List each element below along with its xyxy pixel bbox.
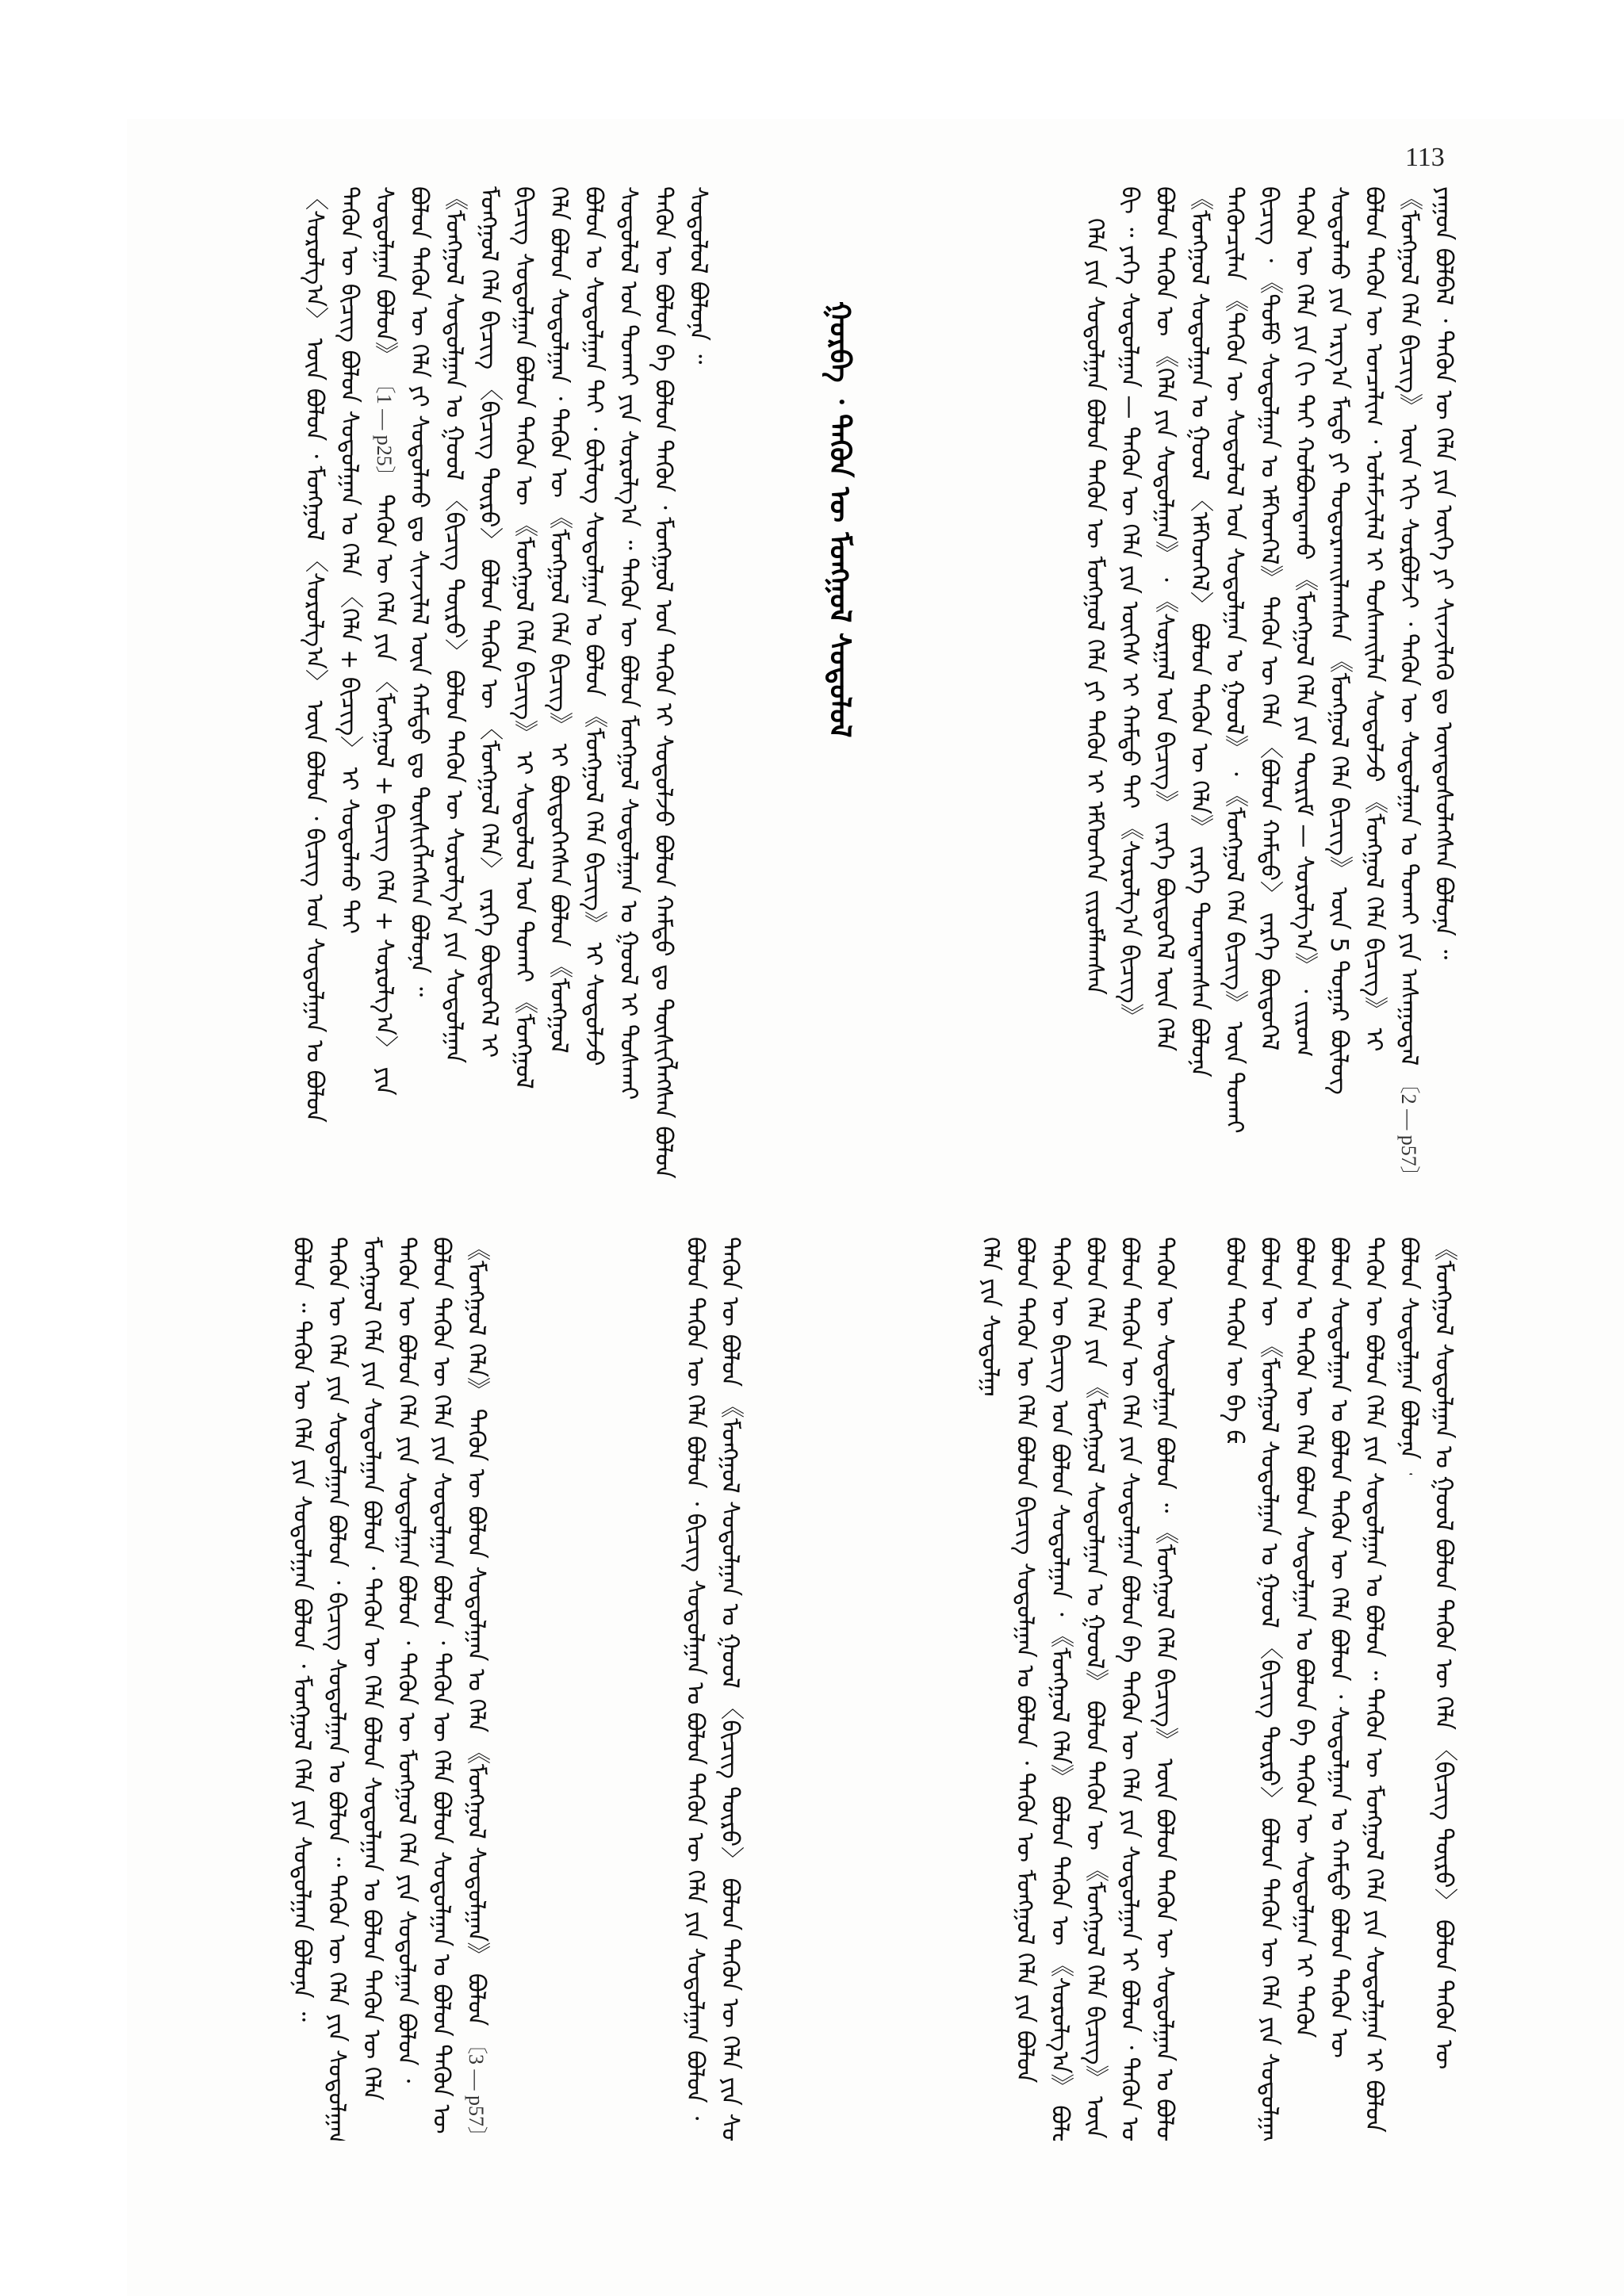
text-column: ᠪᠢᠴᠢᠭ ᠰᠤᠳᠤᠯᠭᠠᠨ ᠪᠣᠯᠤᠨ ᠲᠡᠭᠦᠨ ᠦ 《ᠮᠣᠩᠭᠣᠯ ᠬᠡᠯ…: [507, 186, 539, 1205]
text-column: ᠲᠡᠭᠦᠨ ᠦ ᠪᠣᠯᠤᠨ ᠬᠡᠯᠡ ᠶᠢᠨ ᠰᠤᠳᠤᠯᠭᠠᠨ ᠪᠣᠯᠤᠨ ᠂ …: [390, 1237, 422, 2141]
text-column: ᠲᠡᠭᠦᠨ ᠦ ᠰᠤᠳᠤᠯᠭᠠᠨ ᠪᠣᠯᠤᠨ ᠃ 《ᠮᠣᠩᠭᠣᠯ ᠬᠡᠯᠡ ᠪᠢ…: [1148, 1237, 1180, 2141]
citation: 〔1 — p25〕: [373, 373, 396, 487]
text-column: ᠲᠡᠭᠦᠨ ᠦ ᠪᠢᠴᠢᠭ ᠤᠨ ᠪᠣᠯᠤᠨ ᠰᠤᠳᠤᠯᠭᠠᠨ ᠂ 《ᠮᠣᠩᠭᠣ…: [1044, 1237, 1075, 2141]
text-column: ᠬᠡᠯᠡ ᠶᠢᠨ ᠰᠤᠳᠤᠯᠭᠠᠨ ᠃: [974, 1237, 1005, 1395]
text-column: 《ᠮᠣᠩᠭᠣᠯ ᠬᠡᠯᠡ》 ᠲᠡᠭᠦᠨ ᠦ ᠪᠣᠯᠤᠨ ᠰᠤᠳᠤᠯᠭᠠᠨ ᠤ ᠬ…: [460, 1237, 492, 2141]
text-column: ᠪᠣᠯᠤᠨ ᠰᠤᠳᠤᠯᠭᠠᠨ ᠤ ᠪᠣᠯᠤᠨ ᠲᠡᠭᠦᠨ ᠦ ᠬᠡᠯᠡ ᠪᠣᠯᠤ…: [1323, 1237, 1354, 2141]
text-column: ᠪᠣᠯᠤᠨ ᠤ ᠲᠡᠭᠦᠨ ᠦ ᠬᠡᠯᠡ ᠪᠣᠯᠤᠨ ᠰᠤᠳᠤᠯᠭᠠᠨ ᠤ ᠪᠣ…: [1288, 1237, 1319, 2141]
text-column: ᠲᠡᠭᠦᠨ ᠦ ᠬᠡᠯᠡ ᠶᠢᠨ ᠬᠢ ᠲᠠᠢ ᠬᠣᠯᠪᠣᠭᠳᠠᠬᠤ 《ᠮᠣᠩᠭ…: [1288, 186, 1319, 1205]
text-column: ᠪᠣᠯᠤᠨ ᠲᠡᠭᠦᠨ ᠦ ᠬᠡᠯᠡ ᠪᠣᠯᠤᠨ ᠂ ᠪᠢᠴᠢᠭ ᠰᠤᠳᠤᠯᠭᠠ…: [679, 1237, 710, 2141]
text-column: ᠪᠣᠯᠤᠨ ᠲᠡᠭᠦᠨ ᠦ ᠬᠡᠯᠡ ᠶᠢᠨ ᠰᠤᠳᠤᠯᠭᠠᠨ ᠪᠣᠯᠤᠨ ᠪᠠ…: [1113, 1237, 1145, 2141]
text-column: ᠲᠡᠭᠦᠨ ᠦ ᠪᠣᠯᠤᠨ ᠬᠡᠯᠡ ᠶᠢᠨ ᠰᠤᠳᠤᠯᠭᠠᠨ ᠤ ᠪᠣᠯᠤᠨ …: [1358, 1237, 1389, 2141]
text-column: ᠬᠡᠯᠡ ᠪᠣᠯᠤᠨ ᠰᠤᠳᠤᠯᠭᠠᠨ ᠂ ᠲᠡᠭᠦᠨ ᠦ 《ᠮᠣᠩᠭᠣᠯ ᠬᠡ…: [542, 186, 574, 1205]
text-column: ᠲᠡᠭᠦᠨᠴᠢᠯᠡᠨ 《ᠲᠡᠭᠦᠨ ᠦ ᠰᠤᠳᠤᠯᠤᠯ ᠤᠨ ᠰᠤᠳᠤᠯᠭᠠᠨ …: [1218, 186, 1250, 1205]
citation: 〔3 — p57〕: [465, 2034, 488, 2141]
text-column: ᠪᠣᠯᠤᠨ ᠲᠡᠭᠦᠨ ᠦ ᠬᠡᠯᠡ ᠶᠢ ᠰᠤᠳᠤᠯᠬᠤ ᠳᠤ ᠰᠢᠨᠵᠢᠯᠡ…: [403, 186, 435, 1205]
section-heading: ᠭᠤᠷᠪᠠ ᠂ ᠲᠡᠭᠦᠨ ᠦ ᠮᠣᠩᠭᠣᠯ ᠰᠤᠳᠤᠯᠤᠯ: [821, 301, 857, 737]
citation: 〔2 — p57〕: [1397, 1073, 1420, 1187]
text-column: ᠬᠡᠯᠡ ᠶᠢᠨ ᠰᠤᠳᠤᠯᠭᠠᠨ ᠪᠣᠯᠤᠨ ᠲᠡᠭᠦᠨ ᠦ ᠮᠣᠩᠭᠣᠯ ᠬ…: [1078, 218, 1110, 1169]
text-column: 《ᠮᠣᠩᠭᠣᠯ ᠰᠤᠳᠤᠯᠭᠠᠨ ᠤ ᠭᠣᠣᠯ 〈ᠪᠢᠴᠢᠭ ᠲᠦᠷᠦ〉 ᠪᠣᠯ…: [438, 186, 469, 1205]
text-column: ᠪᠣᠯᠤᠨ ᠲᠡᠭᠦᠨ ᠦ ᠬᠡᠯᠡ ᠶᠢᠨ ᠰᠤᠳᠤᠯᠭᠠᠨ ᠪᠣᠯᠤᠨ ᠂ …: [425, 1237, 457, 2141]
text-column: ᠰᠤᠳᠤᠯᠭᠠᠨ ᠪᠣᠯᠤᠨ》 〔1 — p25〕 ᠲᠡᠭᠦᠨ ᠦ ᠬᠡᠯᠡ ᠶ…: [368, 186, 400, 1205]
text-column: ᠪᠣᠯᠤᠨ ᠲᠡᠭᠦᠨ ᠦ ᠪᠠ ᠪᠣᠯᠤᠨ ᠃: [1218, 1237, 1250, 1443]
text-column: ᠰᠤᠳᠤᠯᠤᠯ ᠪᠣᠯᠤᠨᠠ ᠃: [682, 186, 714, 503]
text-column: ᠪᠣᠯᠤᠨ ᠲᠡᠭᠦᠨ ᠦ ᠬᠡᠯᠡ ᠪᠣᠯᠤᠨ ᠪᠢᠴᠢᠭ ᠰᠤᠳᠤᠯᠭᠠᠨ …: [1009, 1237, 1040, 2141]
page-number: 113: [1405, 143, 1445, 173]
text-column: ᠲᠡᠭᠦᠨ ᠦ ᠪᠢᠴᠢᠭ ᠪᠣᠯᠤᠨ ᠰᠤᠳᠤᠯᠭᠠᠨ ᠤ ᠬᠡᠯᠡ 〈ᠬᠡᠯ…: [333, 186, 365, 1205]
text-column: ᠪᠣᠯᠤᠨ ᠃ ᠲᠡᠭᠦᠨ ᠦ ᠬᠡᠯᠡ ᠶᠢᠨ ᠰᠤᠳᠤᠯᠭᠠᠨ ᠪᠣᠯᠤᠨ …: [285, 1237, 317, 2141]
text-column: ᠲᠡᠭᠦᠨ ᠦ ᠪᠣᠯᠤᠨ 《ᠮᠣᠩᠭᠣᠯ ᠰᠤᠳᠤᠯᠭᠠᠨ ᠤ ᠭᠣᠣᠯ 〈ᠪ…: [714, 1237, 745, 2141]
text-column: ᠪᠢ ᠃ ᠶᠡᠬᠡ ᠰᠤᠳᠤᠯᠭᠠᠨ — ᠲᠡᠭᠦᠨ ᠦ ᠬᠡᠯᠡ ᠶᠢᠨ ᠦᠭ…: [1113, 186, 1145, 1205]
text-column: 《ᠮᠣᠩᠭᠣᠯ ᠰᠤᠳᠤᠯᠭᠠᠨ ᠤ ᠭᠣᠣᠯ 〈ᠡᠮᠬᠡᠳᠭᠡᠯ〉 ᠪᠣᠯᠤᠨ…: [1183, 186, 1215, 1205]
text-column: ᠪᠣᠯᠤᠨ ᠲᠡᠭᠦᠨ ᠦ 《ᠬᠡᠯᠡ ᠶᠢᠨ ᠰᠤᠳᠤᠯᠭᠠᠨ》 ᠂ 《ᠰᠤᠷ…: [1148, 186, 1180, 1205]
text-column: ᠰᠤᠳᠤᠯᠤᠯ ᠤᠨ ᠲᠤᠬᠠᠢ ᠶᠢᠨ ᠰᠤᠷᠤᠯᠭ᠎ᠠ ᠃ ᠲᠡᠭᠦᠨ ᠦ …: [612, 186, 644, 1205]
text-column: ᠪᠣᠯᠤᠨ ᠲᠡᠭᠦᠨ ᠦ ᠣᠨᠴᠠᠯᠢᠭ ᠂ ᠤᠯᠠᠮᠵᠢᠯᠠᠯ ᠢ ᠲᠤᠰᠬ…: [1358, 186, 1389, 1205]
text-column: ᠶᠠᠭᠤᠨ ᠪᠣᠯᠪᠠᠯ ᠂ ᠲᠡᠭᠦᠨ ᠦ ᠬᠡᠯᠡ ᠶᠢᠨ ᠦᠭᠡ ᠶᠢ ᠰ…: [1427, 186, 1459, 1205]
text-column: ᠪᠢᠴᠢᠭ᠌ ᠂ 《ᠲᠣᠮᠣ ᠰᠤᠳᠤᠯᠭᠠᠨ ᠤ ᠡᠮᠬᠡᠳᠭᠡᠯ》 ᠲᠡᠭᠦ…: [1253, 186, 1285, 1205]
text-column: ᠪᠣᠯᠤᠨ ᠦ 《ᠮᠣᠩᠭᠣᠯ ᠰᠤᠳᠤᠯᠭᠠᠨ ᠤ ᠭᠣᠣᠯ 〈ᠪᠢᠴᠢᠭ ᠲ…: [1253, 1237, 1285, 2141]
text-column: ᠮᠣᠩᠭᠣᠯ ᠬᠡᠯᠡ ᠪᠢᠴᠢᠭ 〈ᠪᠢᠴᠢᠭ ᠲᠦᠷᠦ〉 ᠪᠣᠯᠤᠨ ᠲᠡᠭ…: [473, 186, 504, 1205]
text-column: ᠪᠣᠯᠤᠨ ᠬᠡᠯᠡ ᠶᠢᠨ 《ᠮᠣᠩᠭᠣᠯ ᠰᠤᠳᠤᠯᠭᠠᠨ ᠤ ᠭᠣᠣᠯ》 …: [1078, 1237, 1110, 2141]
text-column: 〈ᠰᠤᠷᠤᠯᠭ᠎ᠠ〉 ᠦᠨ ᠪᠣᠯᠤᠨ ᠂ ᠮᠣᠩᠭᠣᠯ 〈ᠰᠤᠷᠤᠯᠭ᠎ᠠ〉 …: [298, 186, 330, 1205]
text-column: ᠮᠣᠩᠭᠣᠯ ᠬᠡᠯᠡ ᠶᠢᠨ ᠰᠤᠳᠤᠯᠭᠠᠨ ᠪᠣᠯᠤᠨ ᠂ ᠲᠡᠭᠦᠨ ᠦ…: [355, 1237, 387, 2141]
text-column: ᠪᠣᠯᠤᠨ ᠤ ᠰᠤᠳᠤᠯᠭᠠᠨ ᠲᠠᠢ ᠂ ᠪᠦᠯᠦᠭ ᠰᠤᠳᠤᠯᠭᠠᠨ ᠤ …: [577, 186, 609, 1205]
text-column: 《ᠮᠣᠩᠭᠣᠯ ᠰᠤᠳᠤᠯᠭᠠᠨ ᠤ ᠭᠣᠣᠯ ᠪᠣᠯᠤᠨ ᠲᠡᠭᠦᠨ ᠦ ᠬᠡ…: [1427, 1237, 1459, 2141]
text-column: ᠲᠡᠭᠦᠨ ᠦ ᠪᠣᠯᠤᠨ ᠪᠠ ᠪᠣᠯᠤᠨ ᠲᠡᠭᠦᠨ ᠂ ᠮᠣᠩᠭᠣᠯ ᠤᠨ…: [647, 186, 679, 1205]
text-column: ᠪᠣᠯᠤᠨ ᠰᠤᠳᠤᠯᠭᠠᠨ ᠪᠣᠯᠤᠨᠠ ᠃: [1392, 1237, 1424, 1475]
text-column: 《ᠮᠣᠩᠭᠣᠯ ᠬᠡᠯᠡ ᠪᠢᠴᠢᠭ》 ᠦᠨ ᠡᠬᠢ ᠰᠤᠷᠪᠤᠯᠵᠢ ᠂ ᠲᠡ…: [1392, 186, 1424, 1205]
text-column: ᠰᠤᠳᠤᠯᠬᠤ ᠶᠢᠨ ᠠᠷᠭ᠎ᠠ ᠮᠡᠲᠦ ᠶᠢ ᠲᠣᠳᠤᠷᠬᠠᠢᠯᠠᠭᠰᠠᠨ…: [1323, 186, 1354, 1205]
text-column: ᠲᠡᠭᠦᠨ ᠦ ᠬᠡᠯᠡ ᠶᠢᠨ ᠰᠤᠳᠤᠯᠭᠠᠨ ᠪᠣᠯᠤᠨ ᠂ ᠪᠢᠴᠢᠭ …: [320, 1237, 352, 2141]
